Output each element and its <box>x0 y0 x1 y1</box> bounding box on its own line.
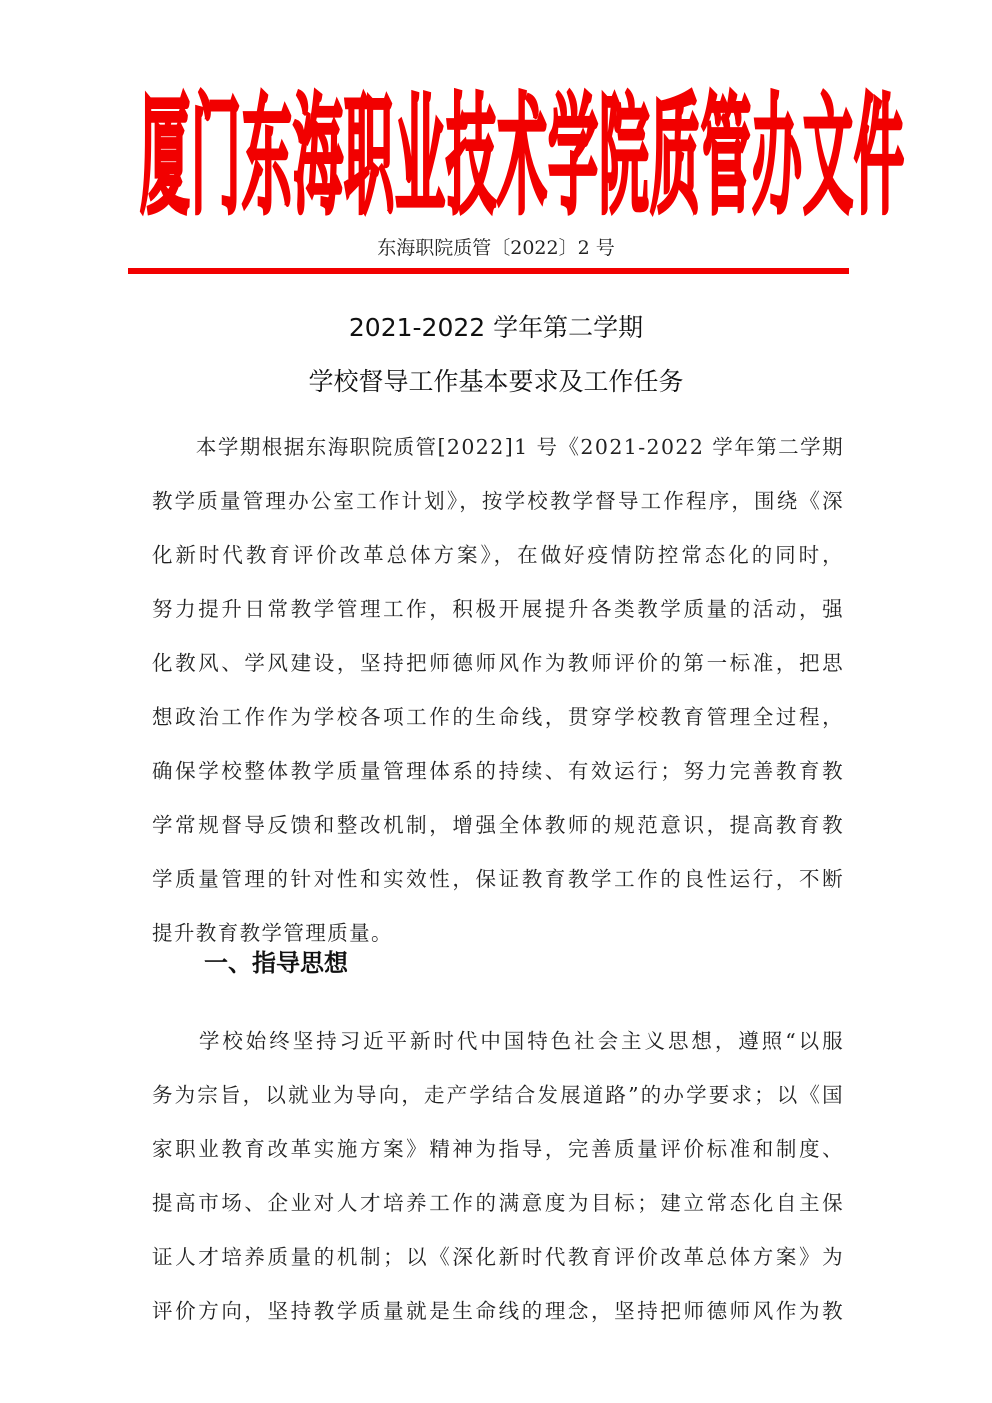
paragraph-line: 学常规督导反馈和整改机制，增强全体教师的规范意识，提高教育教 <box>152 798 844 852</box>
document-title-line-1: 2021-2022 学年第二学期 <box>0 312 992 344</box>
paragraph-line: 本学期根据东海职院质管[2022]1 号《2021-2022 学年第二学期 <box>152 420 844 474</box>
paragraph-line: 学校始终坚持习近平新时代中国特色社会主义思想，遵照“以服 <box>152 1014 844 1068</box>
guiding-ideology-paragraph: 学校始终坚持习近平新时代中国特色社会主义思想，遵照“以服 务为宗旨，以就业为导向… <box>152 1014 844 1338</box>
paragraph-line: 学质量管理的针对性和实效性，保证教育教学工作的良性运行，不断 <box>152 852 844 906</box>
red-letterhead-title: 厦门东海职业技术学院质管办文件 <box>140 92 852 222</box>
paragraph-line: 证人才培养质量的机制；以《深化新时代教育评价改革总体方案》为 <box>152 1230 844 1284</box>
red-letterhead: 厦门东海职业技术学院质管办文件 <box>140 92 852 228</box>
paragraph-line: 努力提升日常教学管理工作，积极开展提升各类教学质量的活动，强 <box>152 582 844 636</box>
intro-paragraph: 本学期根据东海职院质管[2022]1 号《2021-2022 学年第二学期 教学… <box>152 420 844 960</box>
paragraph-line: 化新时代教育评价改革总体方案》，在做好疫情防控常态化的同时， <box>152 528 844 582</box>
paragraph-line: 评价方向，坚持教学质量就是生命线的理念，坚持把师德师风作为教 <box>152 1284 844 1338</box>
paragraph-line: 务为宗旨，以就业为导向，走产学结合发展道路”的办学要求；以《国 <box>152 1068 844 1122</box>
section-heading-guiding-ideology: 一、指导思想 <box>204 946 348 980</box>
document-page: 厦门东海职业技术学院质管办文件 东海职院质管〔2022〕2 号 2021-202… <box>0 0 992 1403</box>
paragraph-line: 家职业教育改革实施方案》精神为指导，完善质量评价标准和制度、 <box>152 1122 844 1176</box>
paragraph-line: 想政治工作作为学校各项工作的生命线，贯穿学校教育管理全过程， <box>152 690 844 744</box>
paragraph-line: 确保学校整体教学质量管理体系的持续、有效运行；努力完善教育教 <box>152 744 844 798</box>
paragraph-line: 教学质量管理办公室工作计划》，按学校教学督导工作程序，围绕《深 <box>152 474 844 528</box>
red-divider-rule <box>128 268 849 274</box>
paragraph-line: 提高市场、企业对人才培养工作的满意度为目标；建立常态化自主保 <box>152 1176 844 1230</box>
document-number: 东海职院质管〔2022〕2 号 <box>0 236 992 260</box>
paragraph-line: 化教风、学风建设，坚持把师德师风作为教师评价的第一标准，把思 <box>152 636 844 690</box>
document-title-line-2: 学校督导工作基本要求及工作任务 <box>0 366 992 398</box>
